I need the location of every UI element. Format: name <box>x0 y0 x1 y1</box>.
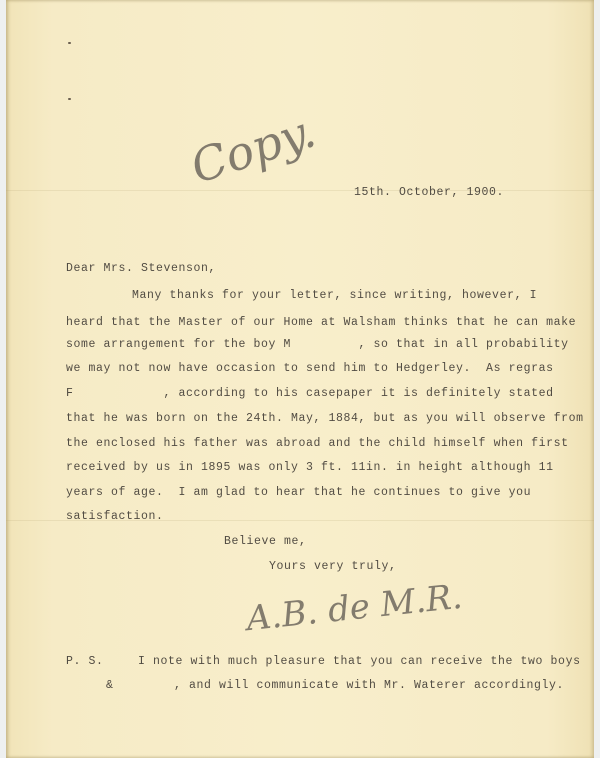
body-line: received by us in 1895 was only 3 ft. 11… <box>66 461 554 474</box>
letter-page: Copy. 15th. October, 1900. Dear Mrs. Ste… <box>6 0 594 758</box>
closing-believe-me: Believe me, <box>224 535 307 548</box>
body-line: years of age. I am glad to hear that he … <box>66 486 531 499</box>
body-line: the enclosed his father was abroad and t… <box>66 437 569 450</box>
body-line: satisfaction. <box>66 510 164 523</box>
body-line: heard that the Master of our Home at Wal… <box>66 316 576 329</box>
body-line: that he was born on the 24th. May, 1884,… <box>66 412 584 425</box>
body-line: F , according to his casepaper it is def… <box>66 387 554 400</box>
postscript-line: I note with much pleasure that you can r… <box>138 655 581 668</box>
ink-speck <box>68 98 71 100</box>
paper-fold-line <box>6 190 594 191</box>
postscript-ampersand: & <box>106 679 114 692</box>
body-line: some arrangement for the boy M , so that… <box>66 338 569 351</box>
signature: A.B. de M.R. <box>245 577 465 639</box>
ink-speck <box>68 42 71 44</box>
closing-yours-truly: Yours very truly, <box>269 560 397 573</box>
letter-date: 15th. October, 1900. <box>354 186 504 199</box>
body-line: we may not now have occasion to send him… <box>66 362 554 375</box>
salutation: Dear Mrs. Stevenson, <box>66 262 216 275</box>
body-line: Many thanks for your letter, since writi… <box>72 289 537 302</box>
postscript-label: P. S. <box>66 655 104 668</box>
copy-annotation: Copy. <box>184 103 321 194</box>
postscript-line: , and will communicate with Mr. Waterer … <box>174 679 564 692</box>
